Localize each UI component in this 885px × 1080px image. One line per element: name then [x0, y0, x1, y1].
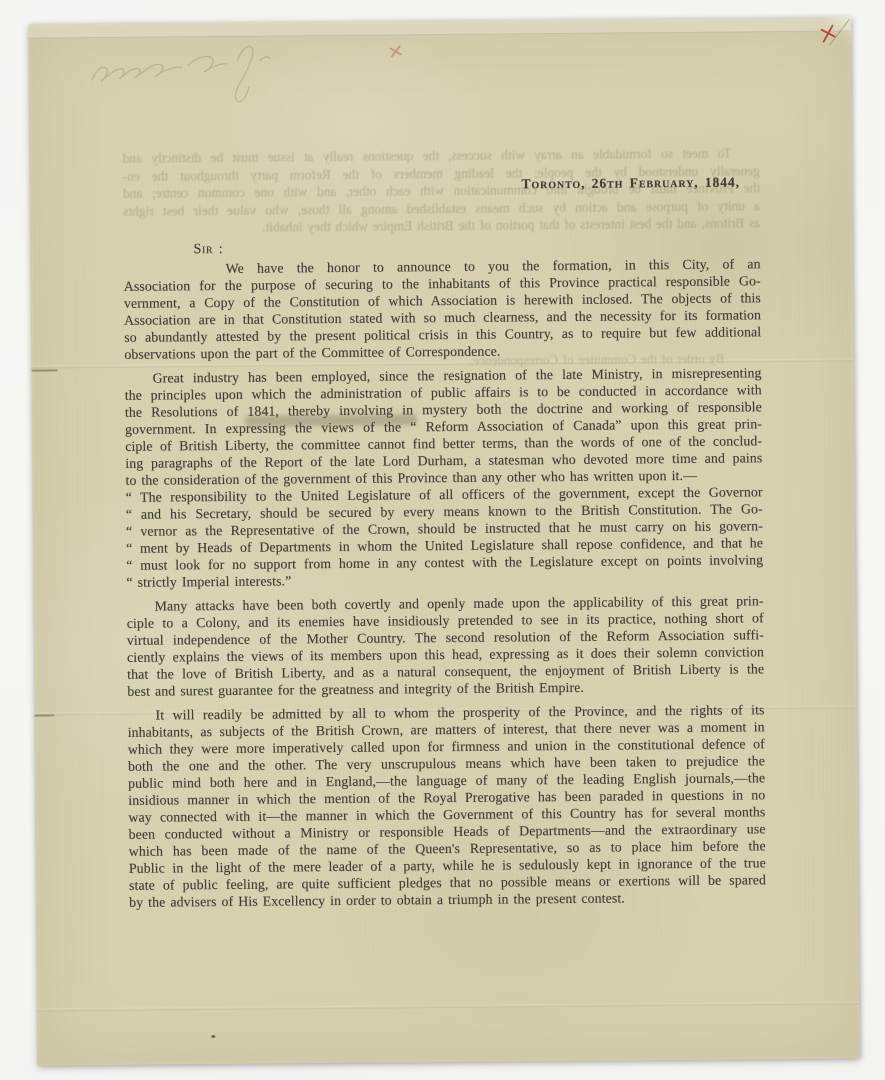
fold-crease — [37, 1001, 859, 1011]
letter-paragraph-announcement: We have the honor to announce to you the… — [124, 255, 762, 363]
scanned-letter-page: To meet so formidable an array with succ… — [0, 0, 885, 1080]
letter-body: Toronto, 26th February, 1844, Sir : We h… — [121, 18, 766, 911]
edge-crease-mark — [31, 369, 57, 371]
letter-durham-quotation: “ The responsibility to the United Legis… — [126, 483, 764, 591]
letter-dateline: Toronto, 26th February, 1844, — [123, 173, 760, 196]
paper-sheet: To meet so formidable an array with succ… — [28, 17, 859, 1065]
edge-crease-mark — [34, 714, 54, 716]
letter-paragraph-admitted: It will readily be admitted by all to wh… — [127, 701, 766, 911]
letter-salutation: Sir : — [193, 236, 760, 258]
letter-paragraph-attacks: Many attacks have been both covertly and… — [126, 592, 764, 700]
ink-speck — [211, 1035, 215, 1038]
letter-paragraph-misrepresentation: Great industry has been employed, since … — [124, 364, 762, 489]
